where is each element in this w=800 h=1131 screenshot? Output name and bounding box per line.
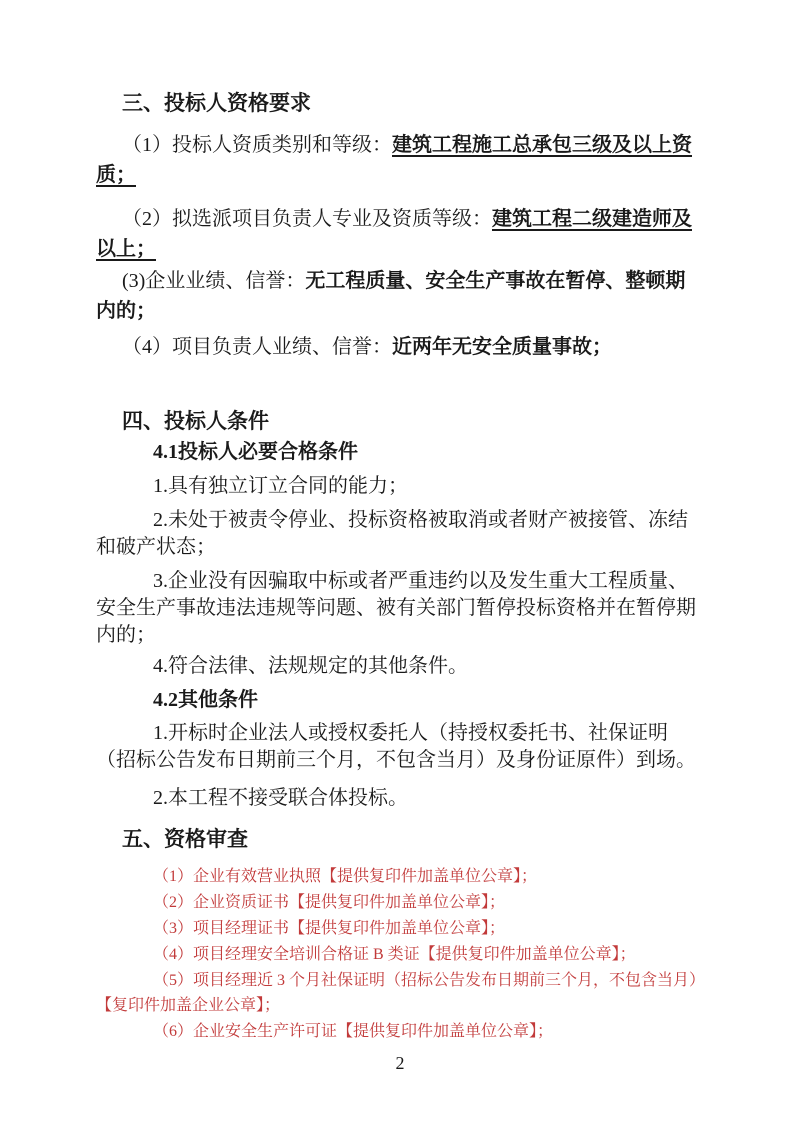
section-qualification-review: 五、资格审查 （1）企业有效营业执照【提供复印件加盖单位公章】； （2）企业资质… <box>96 824 704 1044</box>
paragraph-qualification-item-4: （4）项目负责人业绩、信誉：近两年无安全质量事故； <box>96 332 704 362</box>
paragraph-condition-2: 2.未处于被责令停业、投标资格被取消或者财产被接管、冻结和破产状态； <box>96 507 704 561</box>
section-heading: 四、投标人条件 <box>96 406 704 436</box>
paragraph-condition-1: 1.具有独立订立合同的能力； <box>96 473 704 500</box>
paragraph-condition-4: 4.符合法律、法规规定的其他条件。 <box>96 653 704 680</box>
review-item-4: （4）项目经理安全培训合格证 B 类证【提供复印件加盖单位公章】； <box>96 942 704 967</box>
document-page: 三、投标人资格要求 （1）投标人资质类别和等级：建筑工程施工总承包三级及以上资质… <box>0 0 800 1131</box>
qualification-review-list: （1）企业有效营业执照【提供复印件加盖单位公章】； （2）企业资质证书【提供复印… <box>96 864 704 1044</box>
document-content: 三、投标人资格要求 （1）投标人资质类别和等级：建筑工程施工总承包三级及以上资质… <box>0 0 800 1044</box>
review-item-1: （1）企业有效营业执照【提供复印件加盖单位公章】； <box>96 864 704 889</box>
item-prefix: （1）投标人资质类别和等级： <box>122 134 392 156</box>
paragraph-condition-3: 3.企业没有因骗取中标或者严重违约以及发生重大工程质量、安全生产事故违法违规等问… <box>96 568 704 649</box>
paragraph-other-condition-2: 2.本工程不接受联合体投标。 <box>96 785 704 812</box>
subsection-heading-other-conditions: 4.2其他条件 <box>96 686 704 714</box>
section-heading: 五、资格审查 <box>96 824 704 854</box>
paragraph-qualification-item-1: （1）投标人资质类别和等级：建筑工程施工总承包三级及以上资质； <box>96 130 704 190</box>
section-bidder-qualification-requirements: 三、投标人资格要求 （1）投标人资质类别和等级：建筑工程施工总承包三级及以上资质… <box>96 88 704 362</box>
section-heading: 三、投标人资格要求 <box>96 88 704 118</box>
review-item-3: （3）项目经理证书【提供复印件加盖单位公章】； <box>96 916 704 941</box>
subsection-heading-necessary-conditions: 4.1投标人必要合格条件 <box>96 438 704 466</box>
section-bidder-conditions: 四、投标人条件 4.1投标人必要合格条件 1.具有独立订立合同的能力； 2.未处… <box>96 406 704 812</box>
paragraph-other-condition-1: 1.开标时企业法人或授权委托人（持授权委托书、社保证明（招标公告发布日期前三个月… <box>96 720 704 774</box>
page-number: 2 <box>0 1052 800 1074</box>
review-item-2: （2）企业资质证书【提供复印件加盖单位公章】； <box>96 890 704 915</box>
paragraph-qualification-item-2: （2）拟选派项目负责人专业及资质等级：建筑工程二级建造师及以上； <box>96 204 704 264</box>
paragraph-qualification-item-3: (3)企业业绩、信誉：无工程质量、安全生产事故在暂停、整顿期内的； <box>96 266 704 326</box>
review-item-5: （5）项目经理近 3 个月社保证明（招标公告发布日期前三个月，不包含当月）【复印… <box>96 968 704 1018</box>
item-prefix: (3)企业业绩、信誉： <box>122 270 305 292</box>
item-prefix: （4）项目负责人业绩、信誉： <box>122 336 392 358</box>
item-prefix: （2）拟选派项目负责人专业及资质等级： <box>122 208 492 230</box>
review-item-6: （6）企业安全生产许可证【提供复印件加盖单位公章】； <box>96 1019 704 1044</box>
item-emphasis-bold: 近两年无安全质量事故； <box>392 336 612 358</box>
